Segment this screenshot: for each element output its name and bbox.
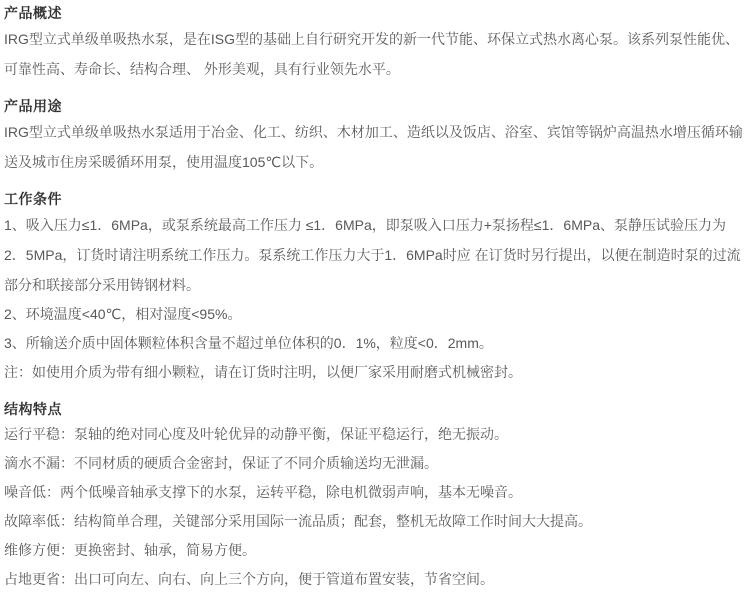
- section-heading-working-conditions: 工作条件: [4, 189, 746, 210]
- feature-item-easy-maintenance: 维修方便：更换密封、轴承，简易方便。: [4, 536, 746, 565]
- condition-item-1: 1、吸入压力≤1．6MPa，或泵系统最高工作压力 ≤1．6MPa，即泵吸入口压力…: [4, 210, 746, 300]
- product-description-document: 产品概述 IRG型立式单级单吸热水泵，是在ISG型的基础上自行研究开发的新一代节…: [0, 0, 750, 599]
- usage-paragraph: IRG型立式单级单吸热水泵适用于冶金、化工、纺织、木材加工、造纸以及饭店、浴室、…: [4, 117, 746, 177]
- feature-item-smooth-operation: 运行平稳：泵轴的绝对同心度及叶轮优异的动静平衡，保证平稳运行，绝无振动。: [4, 420, 746, 449]
- condition-item-3: 3、所输送介质中固体颗粒体积含量不超过单位体积的0．1%，粒度<0．2mm。: [4, 329, 746, 358]
- condition-note: 注：如使用介质为带有细小颗粒，请在订货时注明，以便厂家采用耐磨式机械密封。: [4, 358, 746, 387]
- section-heading-structural-features: 结构特点: [4, 399, 746, 420]
- section-heading-usage: 产品用途: [4, 96, 746, 117]
- feature-item-space-saving: 占地更省：出口可向左、向右、向上三个方向，便于管道布置安装，节省空间。: [4, 565, 746, 594]
- feature-item-no-leakage: 滴水不漏：不同材质的硬质合金密封，保证了不同介质输送均无泄漏。: [4, 449, 746, 478]
- feature-item-low-failure-rate: 故障率低：结构简单合理，关键部分采用国际一流品质；配套，整机无故障工作时间大大提…: [4, 507, 746, 536]
- condition-item-2: 2、环境温度<40℃，相对湿度<95%。: [4, 300, 746, 329]
- overview-paragraph: IRG型立式单级单吸热水泵，是在ISG型的基础上自行研究开发的新一代节能、环保立…: [4, 24, 746, 84]
- feature-item-low-noise: 噪音低：两个低噪音轴承支撑下的水泵，运转平稳，除电机微弱声响，基本无噪音。: [4, 478, 746, 507]
- section-heading-overview: 产品概述: [4, 3, 746, 24]
